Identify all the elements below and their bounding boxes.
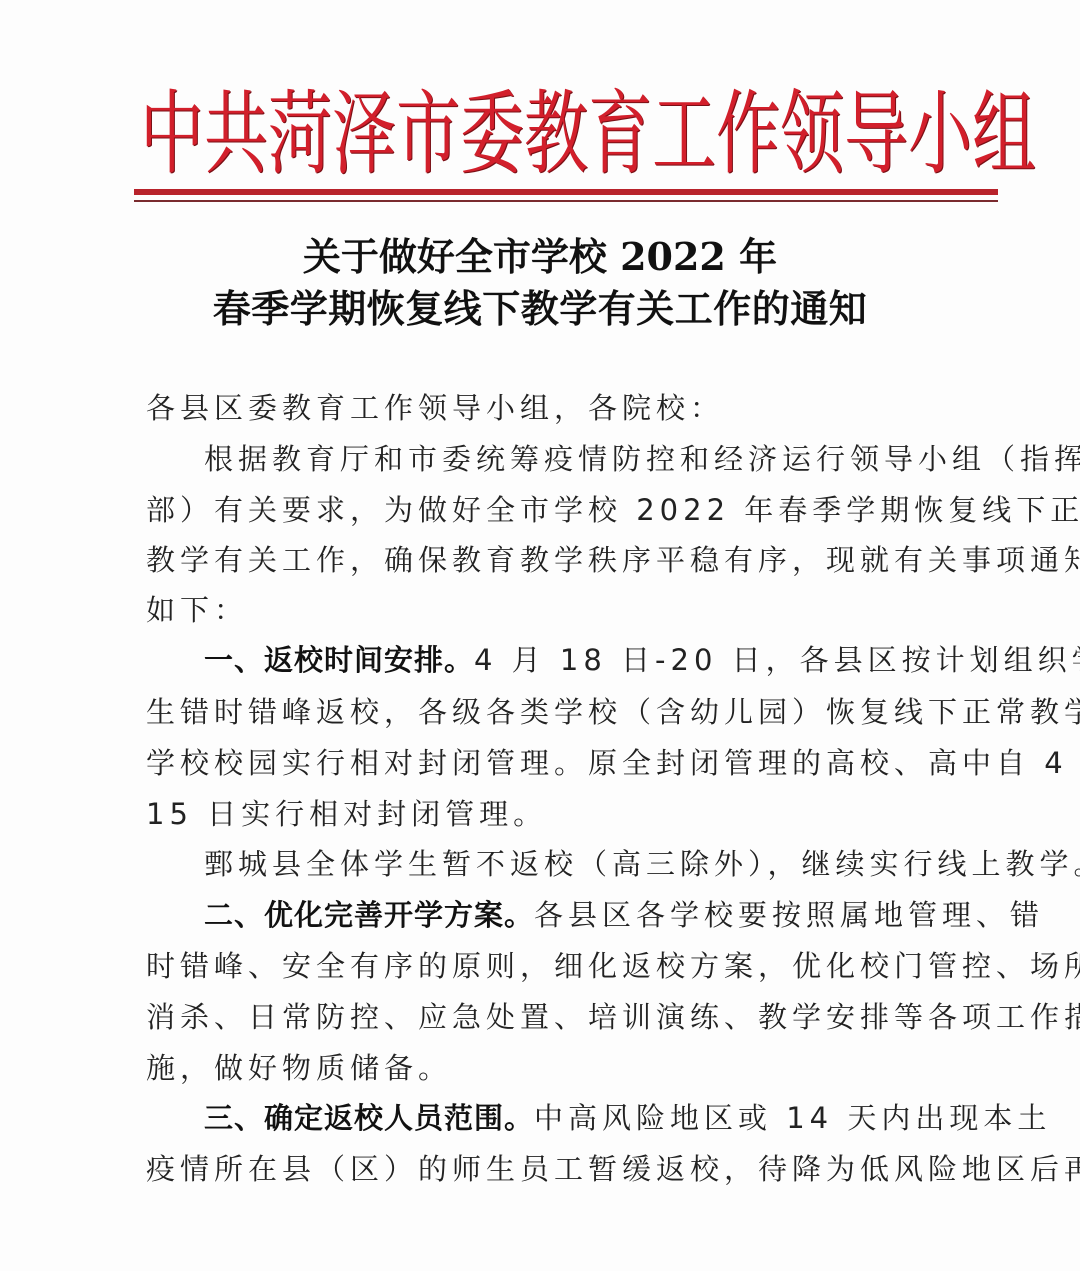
masthead-char: 组 [972, 90, 1036, 181]
section2-text: 各县区各学校要按照属地管理、错 [534, 898, 1044, 932]
section2-first-line: 二、优化完善开学方案。各县区各学校要按照属地管理、错 [204, 895, 946, 935]
section1-heading: 一、返校时间安排。 [204, 643, 474, 677]
section2-line: 消杀、日常防控、应急处置、培训演练、教学安排等各项工作措 [146, 997, 946, 1037]
section1-text: 4 月 18 日-20 日，各县区按计划组织学 [474, 643, 1080, 677]
masthead-char: 中 [140, 90, 204, 181]
masthead-char: 育 [588, 90, 652, 181]
section3-line: 疫情所在县（区）的师生员工暂缓返校，待降为低风险地区后再 [146, 1149, 946, 1189]
masthead-char: 共 [204, 90, 268, 181]
intro-line: 如下： [146, 590, 946, 630]
salutation: 各县区委教育工作领导小组，各院校： [146, 388, 946, 428]
masthead-char: 工 [652, 90, 716, 181]
intro-line: 部）有关要求，为做好全市学校 2022 年春季学期恢复线下正常 [146, 490, 946, 530]
masthead-char: 领 [780, 90, 844, 181]
masthead-title: 中 共 菏 泽 市 委 教 育 工 作 领 导 小 组 [140, 80, 950, 190]
section1-first-line: 一、返校时间安排。4 月 18 日-20 日，各县区按计划组织学 [204, 640, 946, 680]
section1-line: 生错时错峰返校，各级各类学校（含幼儿园）恢复线下正常教学， [146, 692, 946, 732]
document-title-line1: 关于做好全市学校 2022 年 [0, 226, 1080, 281]
section2-heading: 二、优化完善开学方案。 [204, 898, 534, 932]
section2-line: 时错峰、安全有序的原则，细化返校方案，优化校门管控、场所 [146, 946, 946, 986]
section1-line: 学校校园实行相对封闭管理。原全封闭管理的高校、高中自 4 月 [146, 743, 946, 783]
document-page: 中 共 菏 泽 市 委 教 育 工 作 领 导 小 组 关于做好全市学校 202… [0, 0, 1080, 1271]
masthead-char: 导 [844, 90, 908, 181]
masthead-rule-thin [134, 200, 998, 202]
masthead-char: 委 [460, 90, 524, 181]
document-title-line2: 春季学期恢复线下教学有关工作的通知 [0, 278, 1080, 333]
masthead-char: 菏 [268, 90, 332, 181]
masthead-char: 泽 [332, 90, 396, 181]
intro-line: 根据教育厅和市委统筹疫情防控和经济运行领导小组（指挥 [204, 439, 946, 479]
masthead-char: 教 [524, 90, 588, 181]
section3-first-line: 三、确定返校人员范围。中高风险地区或 14 天内出现本土 [204, 1098, 946, 1138]
intro-line: 教学有关工作，确保教育教学秩序平稳有序，现就有关事项通知 [146, 540, 946, 580]
masthead-char: 作 [716, 90, 780, 181]
masthead-rule-thick [134, 189, 998, 195]
section3-text: 中高风险地区或 14 天内出现本土 [534, 1101, 1051, 1135]
masthead-char: 小 [908, 90, 972, 181]
masthead-char: 市 [396, 90, 460, 181]
section1-note: 鄄城县全体学生暂不返校（高三除外），继续实行线上教学。 [204, 844, 946, 884]
section1-line: 15 日实行相对封闭管理。 [146, 794, 946, 834]
section3-heading: 三、确定返校人员范围。 [204, 1101, 534, 1135]
section2-line: 施，做好物质储备。 [146, 1048, 946, 1088]
